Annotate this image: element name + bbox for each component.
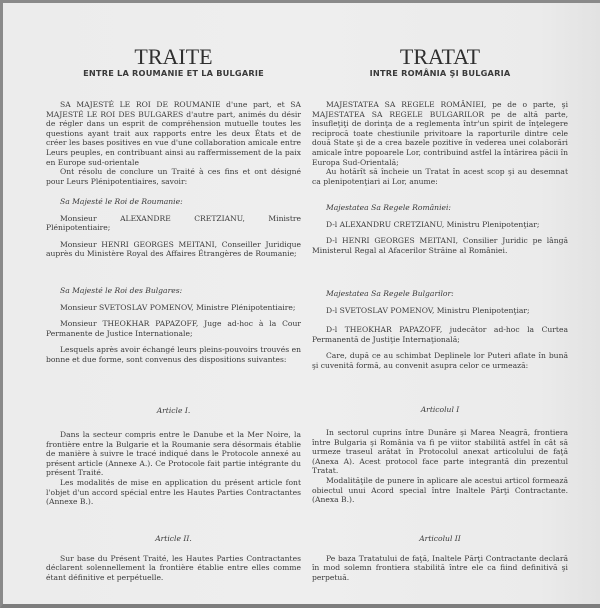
french-subtitle: ENTRE LA ROUMANIE ET LA BULGARIE xyxy=(46,69,301,79)
french-delegate: Monsieur SVETOSLAV POMENOV, Ministre Plé… xyxy=(46,303,301,313)
french-article-1-para: Les modalités de mise en application du … xyxy=(46,478,301,507)
french-preamble-para: SA MAJESTÉ LE ROI DE ROUMANIE d'une part… xyxy=(46,100,301,167)
romanian-preamble-para: MAJESTATEA SA REGELE ROMÂNIEI, pe de o p… xyxy=(312,100,568,167)
romanian-subtitle: INTRE ROMÂNIA ŞI BULGARIA xyxy=(312,69,568,79)
romanian-article-1-para: In sectorul cuprins între Dunăre şi Mare… xyxy=(312,428,568,476)
romanian-article-1-para: Modalităţile de punere în aplicare ale a… xyxy=(312,476,568,505)
romanian-delegate: D-l THEOKHAR PAPAZOFF, judecător ad-hoc … xyxy=(312,325,568,344)
romanian-bulgaria-heading: Majestatea Sa Regele Bulgarilor: xyxy=(312,289,568,299)
french-delegate: Monsieur HENRI GEORGES MEITANI, Conseill… xyxy=(46,240,301,259)
romanian-article-2-heading: Articolul II xyxy=(312,534,568,544)
french-preamble-para: Ont résolu de conclure un Traité à ces f… xyxy=(46,167,301,186)
romanian-bulgaria-section: Majestatea Sa Regele Bulgarilor: D-l SVE… xyxy=(312,289,568,371)
french-closing: Lesquels après avoir échangé leurs plein… xyxy=(46,345,301,364)
romanian-delegate: D-l ALEXANDRU CRETZIANU, Ministru Plenip… xyxy=(312,220,568,230)
french-article-2-heading: Article II. xyxy=(46,534,301,544)
romanian-article-1-heading: Articolul I xyxy=(312,405,568,415)
french-romania-heading: Sa Majesté le Roi de Roumanie: xyxy=(46,197,301,207)
romanian-article-1-body: In sectorul cuprins între Dunăre şi Mare… xyxy=(312,428,568,505)
french-bulgaria-section: Sa Majesté le Roi des Bulgares: Monsieur… xyxy=(46,286,301,365)
romanian-closing: Care, după ce au schimbat Deplinele lor … xyxy=(312,351,568,370)
romanian-preamble: MAJESTATEA SA REGELE ROMÂNIEI, pe de o p… xyxy=(312,100,568,186)
french-delegate: Monsieur THEOKHAR PAPAZOFF, Juge ad-hoc … xyxy=(46,319,301,338)
french-article-1-para: Dans la secteur compris entre le Danube … xyxy=(46,430,301,478)
treaty-page: TRAITE ENTRE LA ROUMANIE ET LA BULGARIE … xyxy=(0,0,600,608)
romanian-article-2-para: Pe baza Tratatului de faţă, Inaltele Păr… xyxy=(312,554,568,583)
romanian-article-1: Articolul I xyxy=(312,405,568,415)
romanian-preamble-para: Au hotărît să încheie un Tratat în acest… xyxy=(312,167,568,186)
french-article-1-heading: Article I. xyxy=(46,406,301,416)
french-article-1-body: Dans la secteur compris entre le Danube … xyxy=(46,430,301,507)
french-title: TRAITE xyxy=(46,46,301,68)
french-article-1: Article I. xyxy=(46,406,301,416)
french-article-2: Article II. Sur base du Présent Traité, … xyxy=(46,534,301,582)
romanian-delegate: D-l HENRI GEORGES MEITANI, Consilier Jur… xyxy=(312,236,568,255)
romanian-romania-section: Majestatea Sa Regele României: D-l ALEXA… xyxy=(312,203,568,255)
romanian-title: TRATAT xyxy=(312,46,568,68)
french-romania-section: Sa Majesté le Roi de Roumanie: Monsieur … xyxy=(46,197,301,259)
romanian-article-2: Articolul II Pe baza Tratatului de faţă,… xyxy=(312,534,568,582)
french-article-2-para: Sur base du Présent Traité, les Hautes P… xyxy=(46,554,301,583)
french-delegate: Monsieur ALEXANDRE CRETZIANU, Ministre P… xyxy=(46,214,301,233)
french-bulgaria-heading: Sa Majesté le Roi des Bulgares: xyxy=(46,286,301,296)
romanian-delegate: D-l SVETOSLAV POMENOV, Ministru Plenipot… xyxy=(312,306,568,316)
french-preamble: SA MAJESTÉ LE ROI DE ROUMANIE d'une part… xyxy=(46,100,301,186)
romanian-romania-heading: Majestatea Sa Regele României: xyxy=(312,203,568,213)
